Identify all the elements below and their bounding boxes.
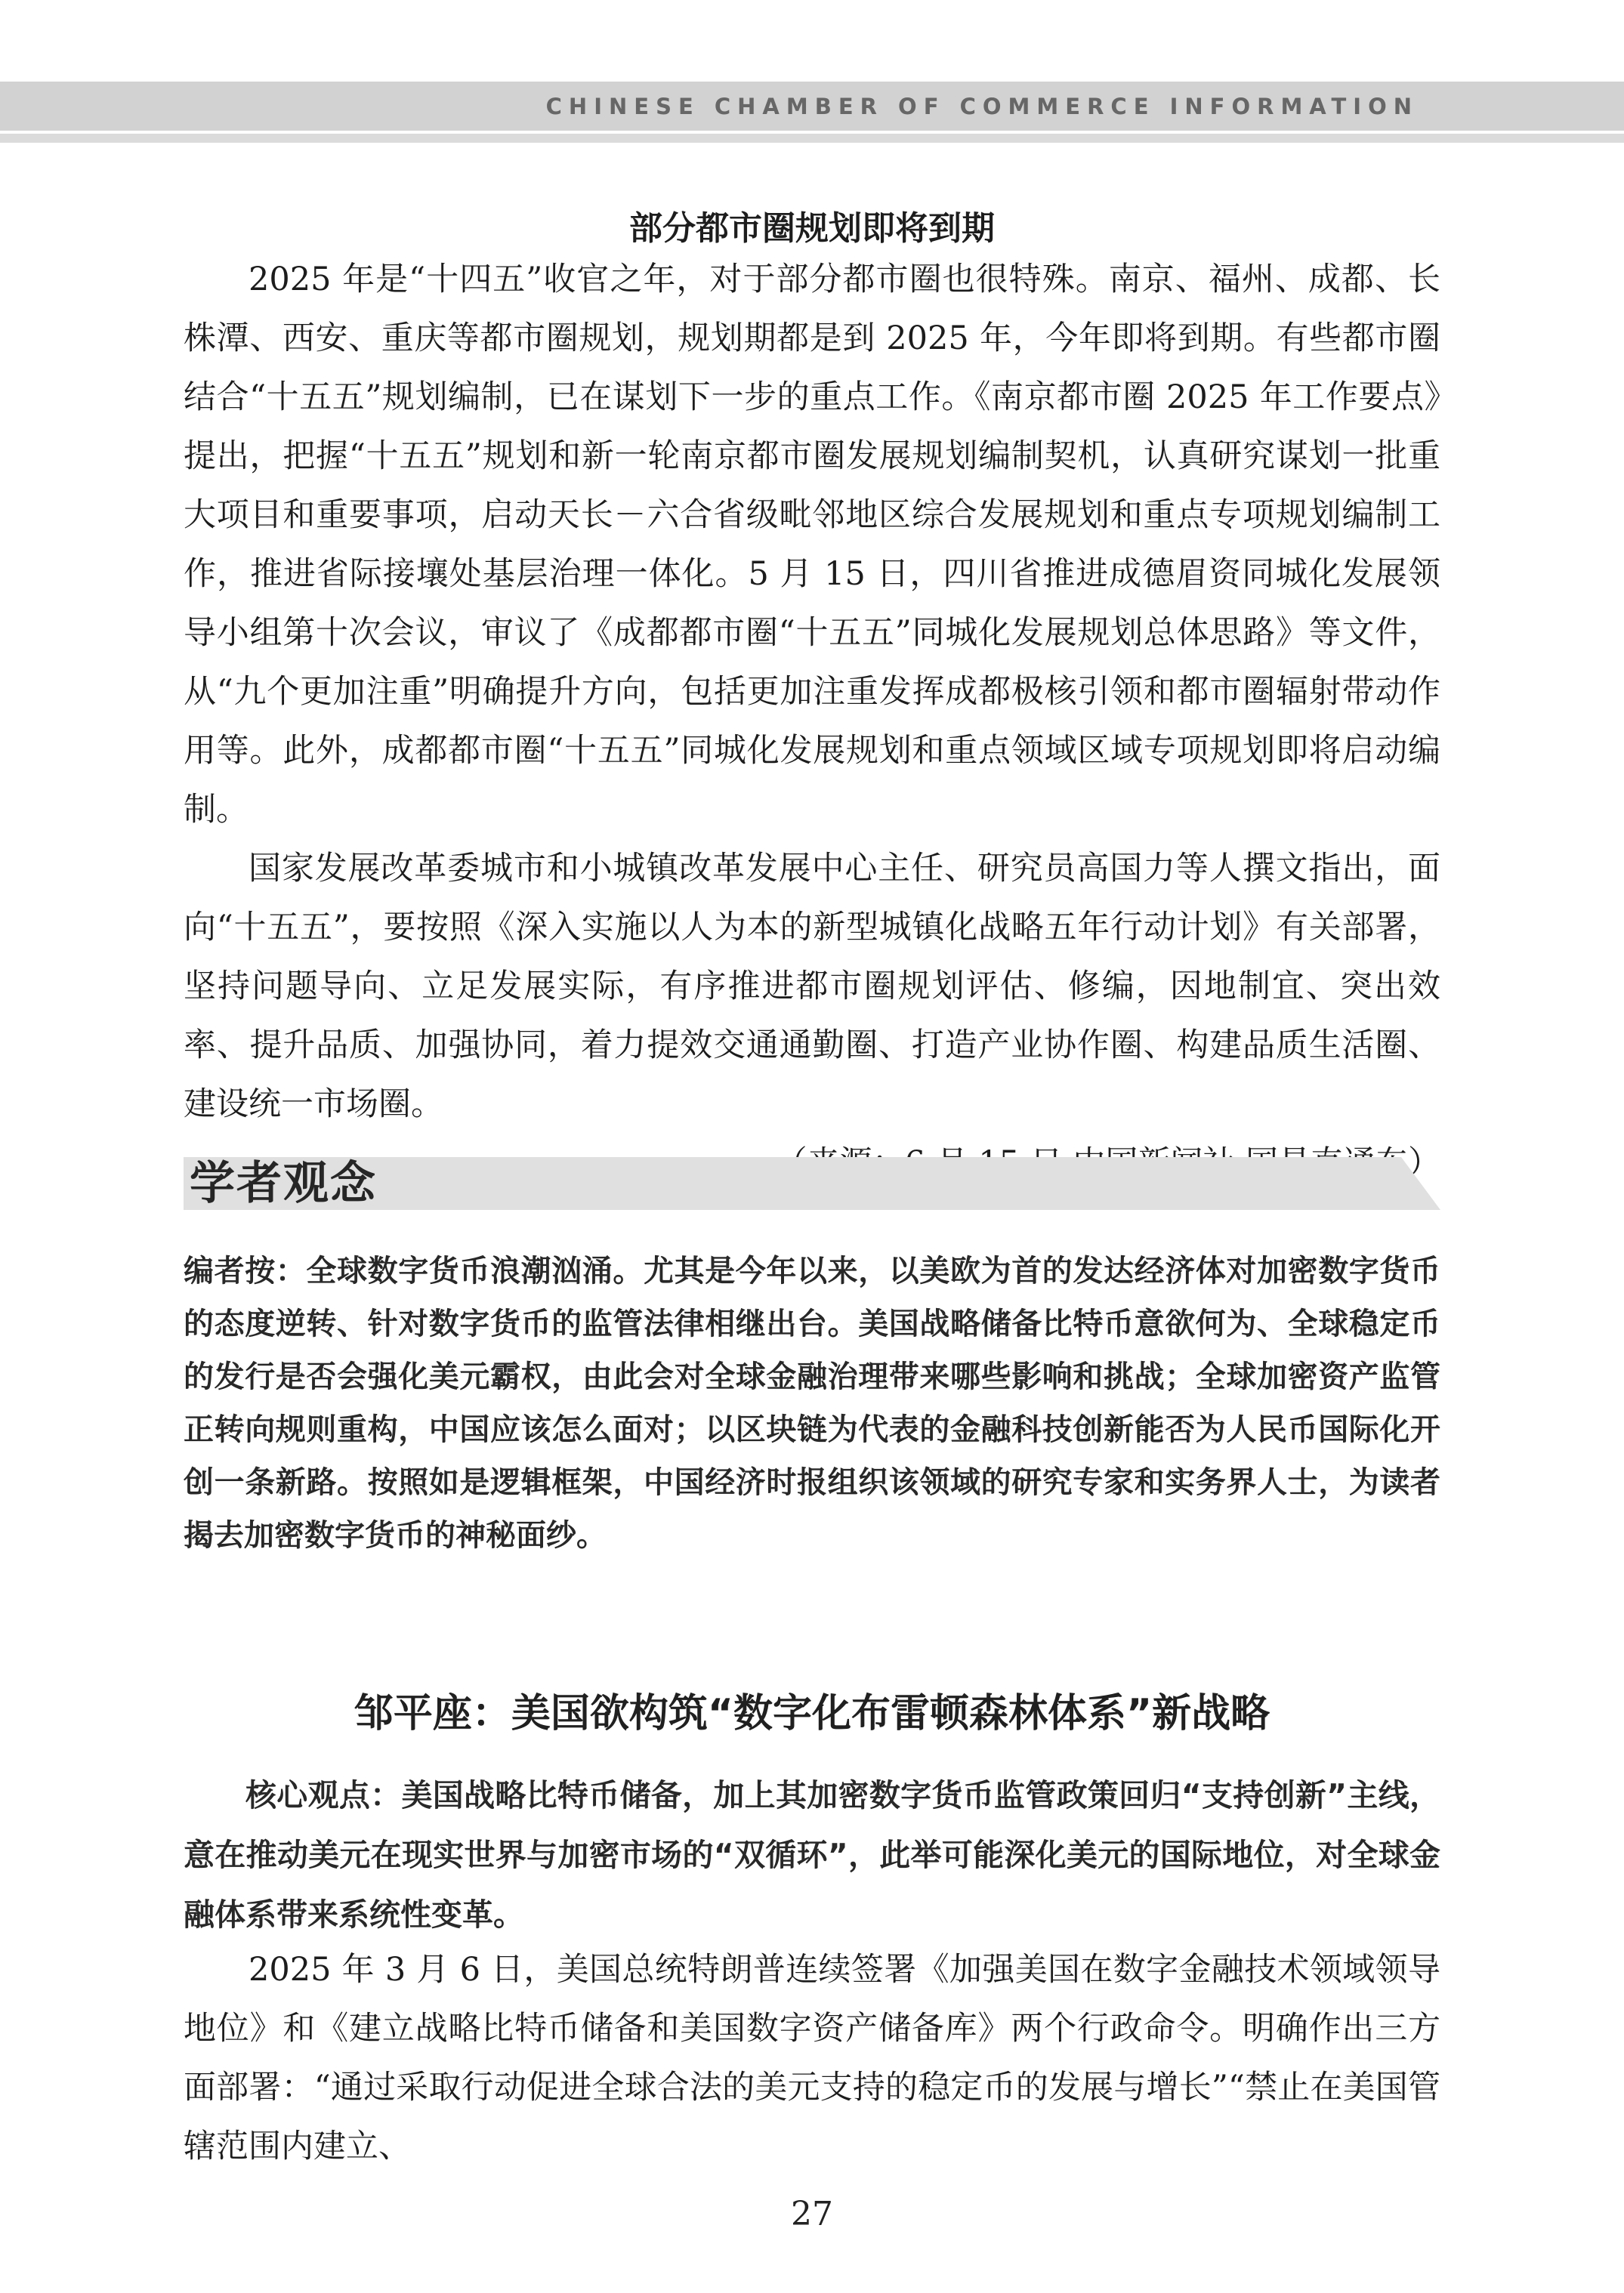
- article-body: 2025 年 3 月 6 日，美国总统特朗普连续签署《加强美国在数字金融技术领域…: [184, 1940, 1440, 2176]
- scholar-banner-label: 学者观念: [190, 1157, 377, 1210]
- article-title: 邹平座：美国欲构筑“数字化布雷顿森林体系”新战略: [184, 1681, 1440, 1738]
- header-stripe: [0, 134, 1624, 143]
- scholar-section-banner: 学者观念: [184, 1157, 1440, 1210]
- article-core-view: 核心观点：美国战略比特币储备，加上其加密数字货币监管政策回归“支持创新”主线，意…: [184, 1766, 1440, 1945]
- article-core-view-text: 核心观点：美国战略比特币储备，加上其加密数字货币监管政策回归“支持创新”主线，意…: [184, 1766, 1440, 1945]
- news-paragraph-1: 2025 年是“十四五”收官之年，对于部分都市圈也很特殊。南京、福州、成都、长株…: [184, 250, 1440, 839]
- editor-note: 编者按：全球数字货币浪潮汹涌。尤其是今年以来，以美欧为首的发达经济体对加密数字货…: [184, 1245, 1440, 1562]
- header-banner-text: CHINESE CHAMBER OF COMMERCE INFORMATION: [546, 94, 1419, 119]
- page-number: 27: [0, 2195, 1624, 2233]
- header-bar: CHINESE CHAMBER OF COMMERCE INFORMATION: [0, 82, 1624, 131]
- news-section-title: 部分都市圈规划即将到期: [184, 201, 1440, 249]
- news-section-body: 2025 年是“十四五”收官之年，对于部分都市圈也很特殊。南京、福州、成都、长株…: [184, 250, 1440, 1193]
- news-paragraph-2: 国家发展改革委城市和小城镇改革发展中心主任、研究员高国力等人撰文指出，面向“十五…: [184, 839, 1440, 1134]
- article-body-text: 2025 年 3 月 6 日，美国总统特朗普连续签署《加强美国在数字金融技术领域…: [184, 1940, 1440, 2176]
- document-page: { "header": { "banner_text": "CHINESE CH…: [0, 0, 1624, 2293]
